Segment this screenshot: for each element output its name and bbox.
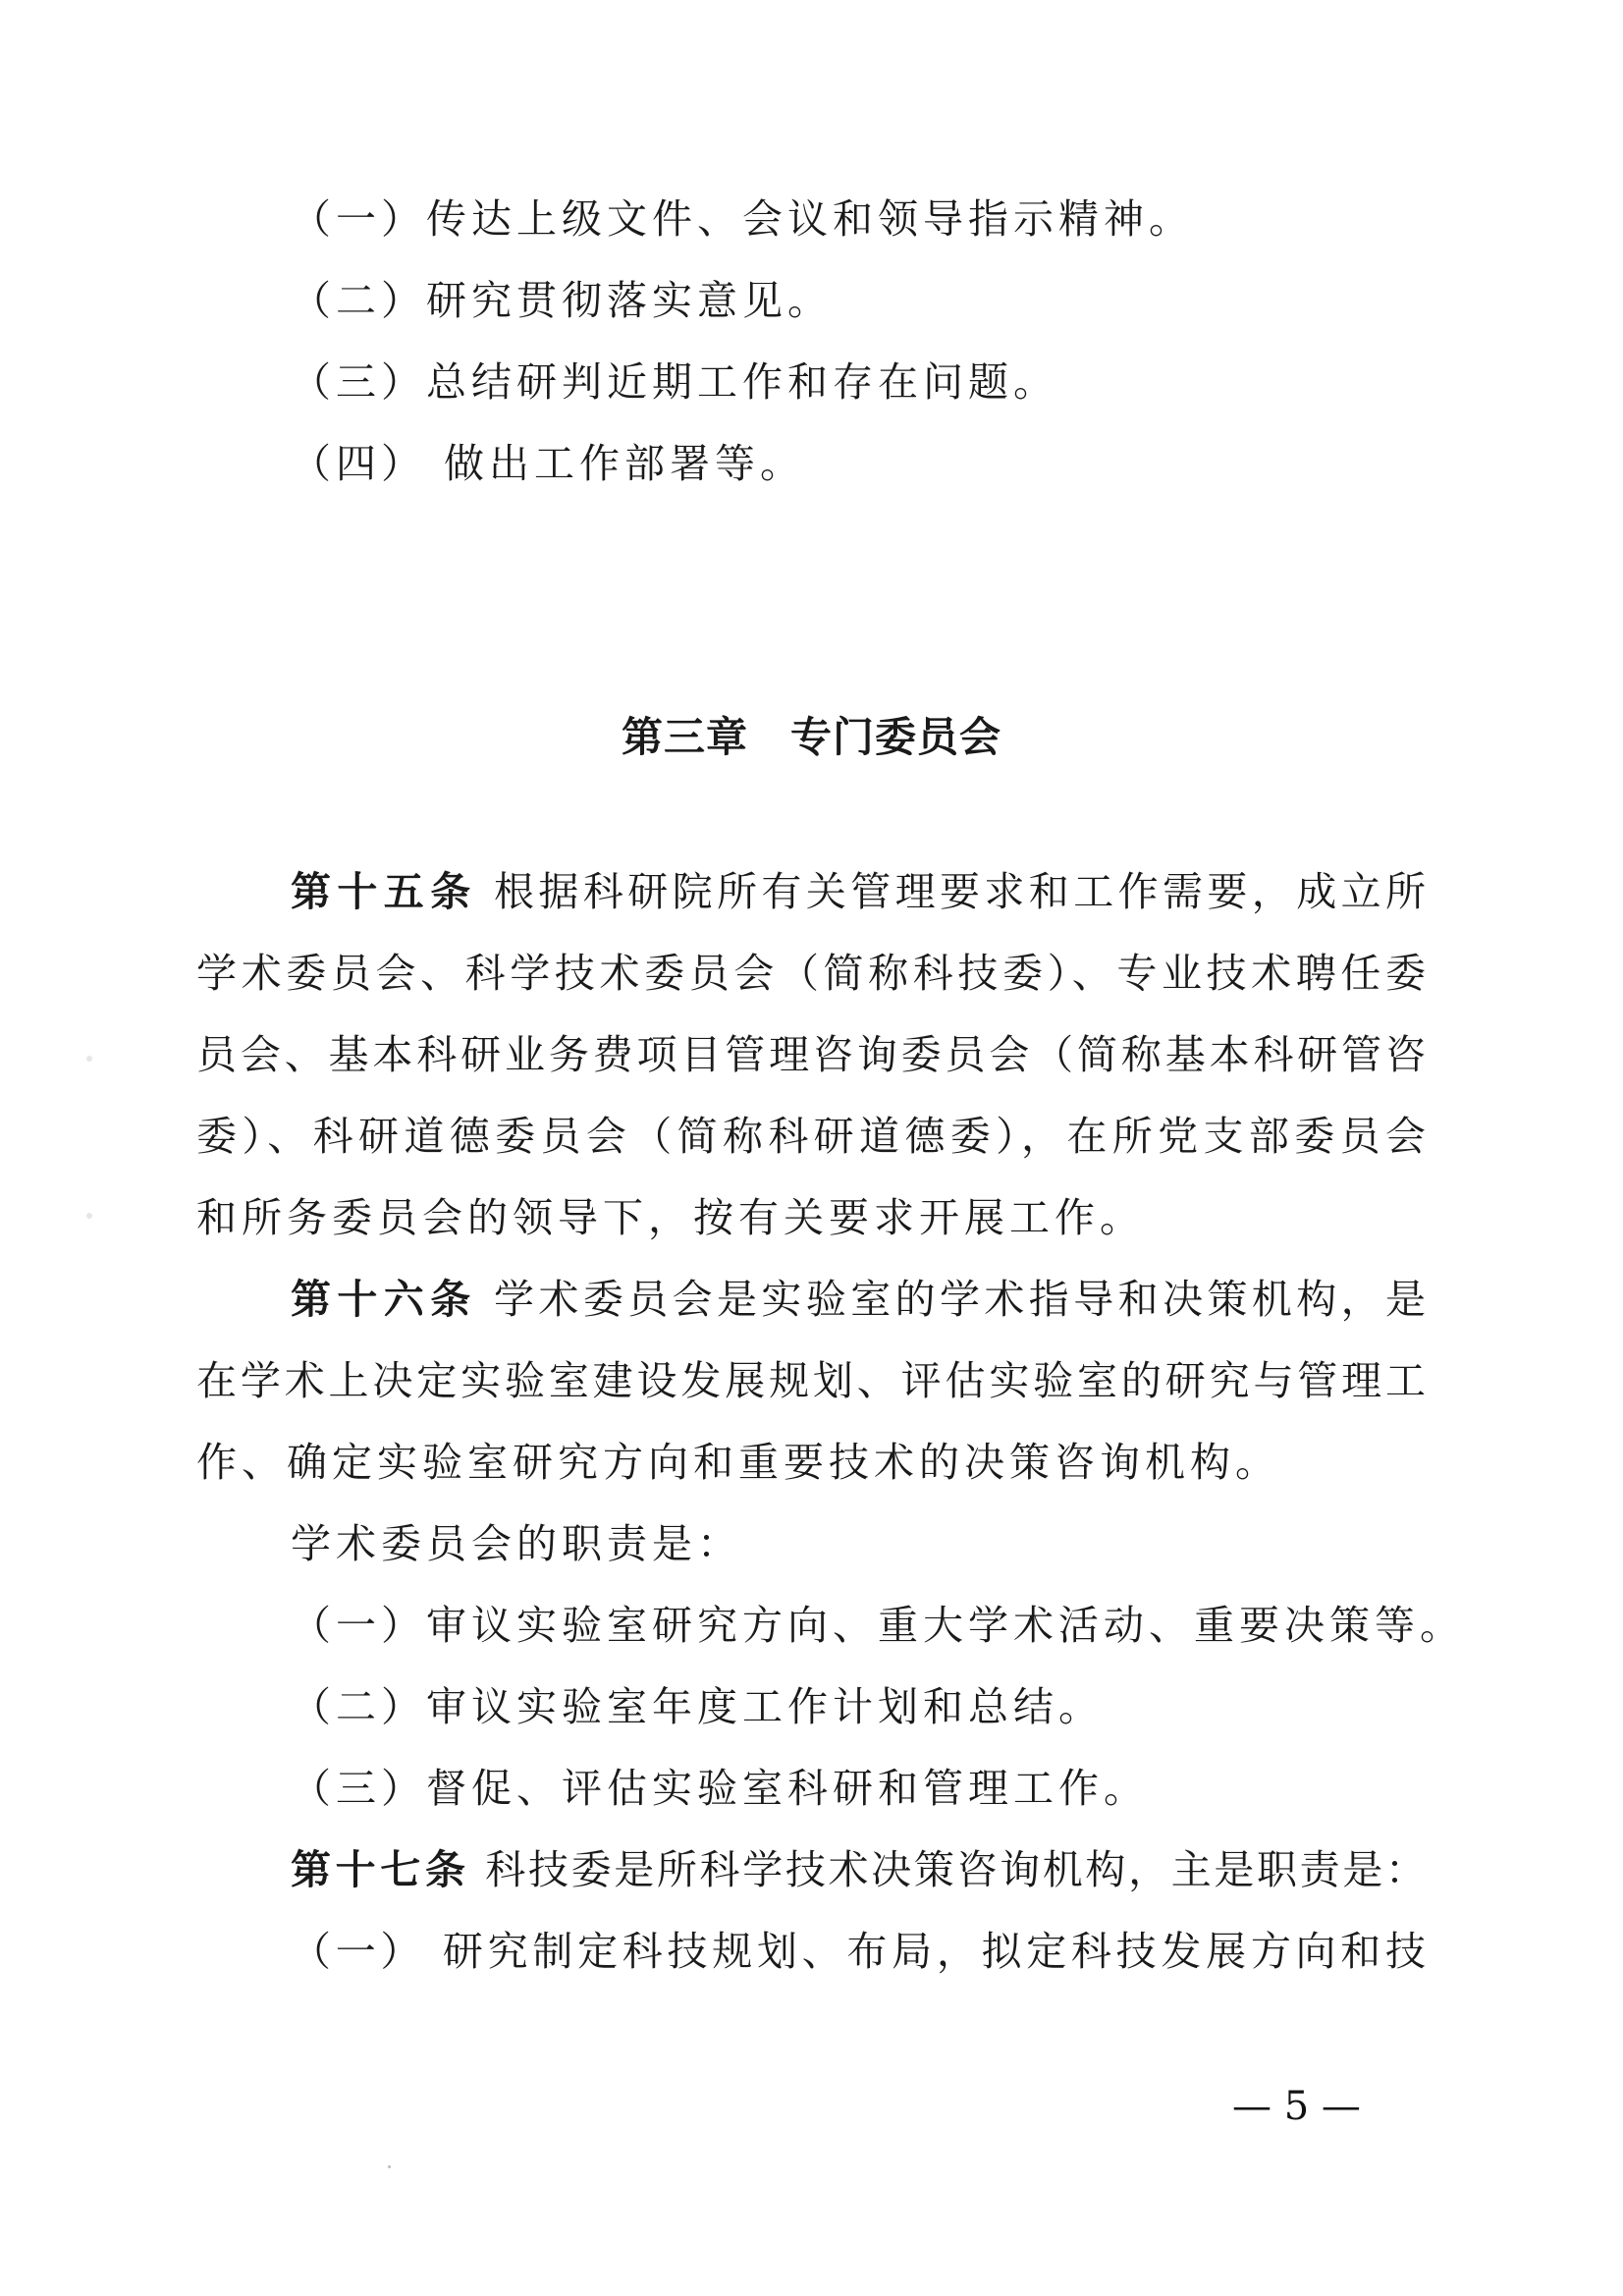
article-15-line: 员会、基本科研业务费项目管理咨询委员会（简称基本科研管咨 [196, 1030, 1426, 1079]
list-item: （四） 做出工作部署等。 [291, 439, 805, 488]
list-item: （三）督促、评估实验室科研和管理工作。 [291, 1764, 1149, 1813]
article-17-first-line: 第十七条 科技委是所科学技术决策咨询机构，主是职责是： [291, 1845, 1426, 1894]
article-text: 科技委是所科学技术决策咨询机构，主是职责是： [485, 1846, 1426, 1893]
article-15-first-line: 第十五条 根据科研院所有关管理要求和工作需要，成立所 [291, 867, 1426, 916]
article-label: 第十六条 [291, 1276, 477, 1323]
article-text: 根据科研院所有关管理要求和工作需要，成立所 [494, 868, 1426, 915]
article-16-line: 作、确定实验室研究方向和重要技术的决策咨询机构。 [196, 1438, 1280, 1487]
article-16-line: 在学术上决定实验室建设发展规划、评估实验室的研究与管理工 [196, 1356, 1426, 1405]
article-label: 第十五条 [291, 868, 477, 915]
article-label: 第十七条 [291, 1846, 470, 1893]
duties-intro: 学术委员会的职责是： [291, 1519, 742, 1568]
document-page: （一）传达上级文件、会议和领导指示精神。 （二）研究贯彻落实意见。 （三）总结研… [0, 0, 1623, 2296]
scan-speck [86, 1056, 92, 1062]
article-text: 学术委员会是实验室的学术指导和决策机构，是 [494, 1276, 1426, 1323]
article-15-line: 委）、科研道德委员会（简称科研道德委），在所党支部委员会 [196, 1112, 1426, 1161]
scan-speck [388, 2165, 391, 2168]
list-item: （三）总结研判近期工作和存在问题。 [291, 357, 1058, 407]
article-15-line: 和所务委员会的领导下，按有关要求开展工作。 [196, 1193, 1145, 1242]
list-item: （二）审议实验室年度工作计划和总结。 [291, 1682, 1104, 1731]
list-item: （二）研究贯彻落实意见。 [291, 276, 833, 325]
article-16-first-line: 第十六条 学术委员会是实验室的学术指导和决策机构，是 [291, 1275, 1426, 1324]
scan-speck [86, 1213, 92, 1219]
list-item: （一）审议实验室研究方向、重大学术活动、重要决策等。 [291, 1601, 1465, 1650]
chapter-title: 第三章 专门委员会 [0, 712, 1623, 763]
list-item: （一）传达上级文件、会议和领导指示精神。 [291, 194, 1194, 244]
page-number: — 5 — [1232, 2082, 1361, 2131]
list-item: （一） 研究制定科技规划、布局，拟定科技发展方向和技 [291, 1927, 1426, 1976]
article-15-line: 学术委员会、科学技术委员会（简称科技委）、专业技术聘任委 [196, 949, 1426, 998]
